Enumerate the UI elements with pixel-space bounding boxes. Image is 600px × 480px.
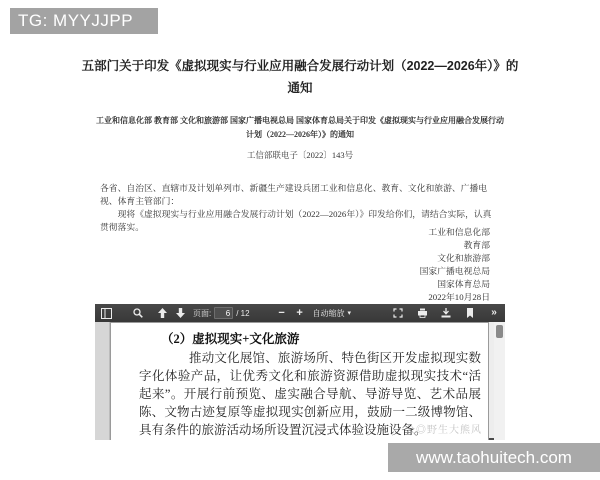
search-icon <box>133 308 143 318</box>
pdf-section-heading: （2）虚拟现实+文化旅游 <box>161 329 488 347</box>
signatory: 教育部 <box>420 239 490 252</box>
pdf-left-gutter <box>95 322 110 440</box>
signatory: 文化和旅游部 <box>420 252 490 265</box>
pdf-watermark: 公◎野生大熊风 <box>405 421 482 436</box>
find-button[interactable] <box>131 305 145 321</box>
printer-icon <box>417 308 428 318</box>
notice-addressee: 各省、自治区、直辖市及计划单列市、新疆生产建设兵团工业和信息化、教育、文化和旅游… <box>100 181 500 207</box>
more-tools-button[interactable]: » <box>487 305 501 321</box>
zoom-in-button[interactable]: + <box>293 307 307 319</box>
page-total: / 12 <box>236 309 249 318</box>
site-watermark-banner: www.taohuitech.com <box>388 443 600 472</box>
chevron-down-icon: ▾ <box>348 310 352 317</box>
notice-ministries: 工业和信息化部 教育部 文化和旅游部 国家广播电视总局 国家体育总局关于印发《虚… <box>0 114 600 142</box>
notice-signoff: 工业和信息化部 教育部 文化和旅游部 国家广播电视总局 国家体育总局 2022年… <box>420 226 490 304</box>
sidebar-toggle-button[interactable] <box>99 305 113 321</box>
zoom-out-button[interactable]: − <box>275 307 289 319</box>
fullscreen-icon <box>393 308 403 318</box>
pdf-scrollbar[interactable] <box>494 322 505 440</box>
pdf-viewer: 页面: / 12 − + 自动缩放 ▾ <box>95 304 505 440</box>
previous-page-button[interactable] <box>155 305 169 321</box>
download-button[interactable] <box>439 305 453 321</box>
tg-watermark-banner: TG: MYYJJPP <box>10 8 158 34</box>
notice-doc-number: 工信部联电子〔2022〕143号 <box>0 149 600 161</box>
pdf-scrollbar-thumb[interactable] <box>496 325 503 338</box>
page-number-input[interactable] <box>214 307 233 319</box>
arrow-up-icon <box>158 308 167 318</box>
pdf-page: （2）虚拟现实+文化旅游 推动文化展馆、旅游场所、特色街区开发虚拟现实数字化体验… <box>110 322 489 440</box>
page-label: 页面: <box>193 308 211 319</box>
notice-title-line2: 通知 <box>0 77 600 99</box>
zoom-mode-select[interactable]: 自动缩放 ▾ <box>313 308 352 319</box>
arrow-down-icon <box>176 308 185 318</box>
signatory: 国家广播电视总局 <box>420 265 490 278</box>
bookmark-icon <box>466 308 474 318</box>
notice-date: 2022年10月28日 <box>420 291 490 304</box>
signatory: 工业和信息化部 <box>420 226 490 239</box>
notice-ministries-line2: 计划（2022—2026年）》的通知 <box>0 128 600 142</box>
presentation-mode-button[interactable] <box>391 305 405 321</box>
notice-title: 五部门关于印发《虚拟现实与行业应用融合发展行动计划（2022—2026年）》的 … <box>0 55 600 99</box>
pdf-toolbar: 页面: / 12 − + 自动缩放 ▾ <box>95 304 505 322</box>
bookmark-button[interactable] <box>463 305 477 321</box>
notice-title-line1: 五部门关于印发《虚拟现实与行业应用融合发展行动计划（2022—2026年）》的 <box>0 55 600 77</box>
sidebar-toggle-icon <box>101 308 112 319</box>
signatory: 国家体育总局 <box>420 278 490 291</box>
download-icon <box>441 308 451 318</box>
next-page-button[interactable] <box>173 305 187 321</box>
zoom-mode-value: 自动缩放 <box>313 308 345 319</box>
print-button[interactable] <box>415 305 429 321</box>
notice-ministries-line1: 工业和信息化部 教育部 文化和旅游部 国家广播电视总局 国家体育总局关于印发《虚… <box>0 114 600 128</box>
